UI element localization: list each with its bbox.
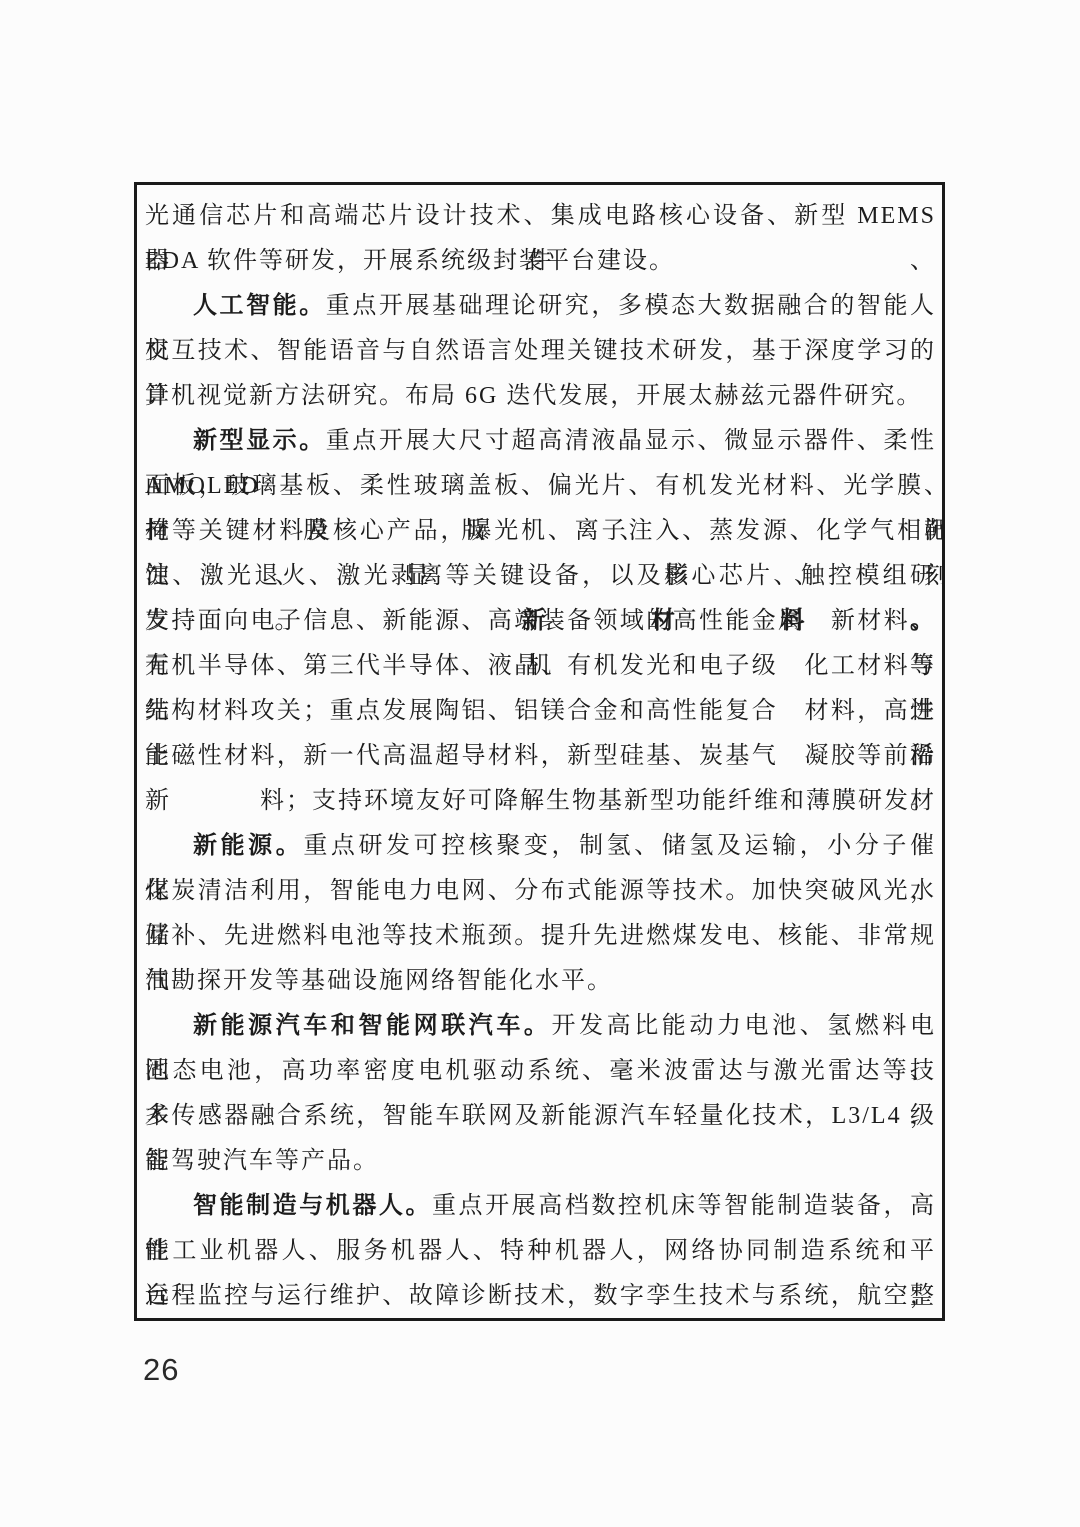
page-number: 26 bbox=[143, 1352, 179, 1388]
text-line: 人工智能。重点开展基础理论研究，多模态大数据融合的智能人机 bbox=[145, 284, 936, 329]
text-line: 固态电池，高功率密度电机驱动系统、毫米波雷达与激光雷达等技术， bbox=[145, 1049, 936, 1094]
text-line: 能工业机器人、服务机器人、特种机器人，网络协同制造系统和平台， bbox=[145, 1229, 936, 1274]
text-line: 远程监控与运行维护、故障诊断技术，数字孪生技术与系统，航空整机 bbox=[145, 1274, 936, 1319]
text-line: 结构材料攻关；重点发展陶铝、铝镁合金和高性能复合 材料，高性能稀 bbox=[145, 689, 936, 734]
text-line: 交互技术、智能语音与自然语言处理关键技术研发，基于深度学习的计 bbox=[145, 329, 936, 374]
text-line: 气勘探开发等基础设施网络智能化水平。 bbox=[145, 959, 936, 1004]
text-line: 新型显示。重点开展大尺寸超高清液晶显示、微显示器件、柔性 AMOLED bbox=[145, 419, 936, 464]
body-text-segment: 料；支持环境友好可降解生物基新型功能纤维和薄膜研发。 bbox=[260, 788, 936, 814]
text-line: 土磁性材料，新一代高温超导材料，新型硅基、炭基气 凝胶等前沿新材 bbox=[145, 734, 936, 779]
body-text-segment: 气勘探开发等基础设施网络智能化水平。 bbox=[145, 968, 613, 994]
text-line: 互补、先进燃料电池等技术瓶颈。提升先进燃煤发电、核能、非常规油 bbox=[145, 914, 936, 959]
document-border-box: 光通信芯片和高端芯片设计技术、集成电路核心设备、新型 MEMS 器件、EDA 软… bbox=[134, 182, 945, 1321]
section-heading-segment: 新能源。 bbox=[193, 833, 303, 859]
text-line: 支持面向电子信息、新能源、高端装备领域的高性能金属 新材料、有机与 bbox=[145, 599, 936, 644]
text-line: 能驾驶汽车等产品。 bbox=[145, 1139, 936, 1184]
text-line: 蚀、激光退火、激光剥离等关键设备，以及核心芯片、触控模组研发。 新材料。 bbox=[145, 554, 936, 599]
text-line: 新能源。重点研发可控核聚变，制氢、储氢及运输，小分子催化， bbox=[145, 824, 936, 869]
body-text-segment: 远程监控与运行维护、故障诊断技术，数字孪生技术与系统，航空整机 bbox=[145, 1283, 936, 1321]
section-heading-segment: 人工智能。 bbox=[193, 293, 326, 319]
text-line: 新能源汽车和智能网联汽车。开发高比能动力电池、氢燃料电池、 bbox=[145, 1004, 936, 1049]
section-heading-segment: 新能源汽车和智能网联汽车。 bbox=[193, 1013, 552, 1039]
text-line: 料；支持环境友好可降解生物基新型功能纤维和薄膜研发。 bbox=[145, 779, 936, 824]
body-text-segment: 算机视觉新方法研究。布局 6G 迭代发展，开展太赫兹元器件研究。 bbox=[145, 383, 922, 409]
text-line: 材等关键材料及核心产品，曝光机、离子注入、蒸发源、化学气相沉淀、显 影、刻 bbox=[145, 509, 945, 554]
text-line: 面板，玻璃基板、柔性玻璃盖板、偏光片、有机发光材料、光学膜、掩膜版、 靶 bbox=[145, 464, 945, 509]
text-line: 智能制造与机器人。重点开展高档数控机床等智能制造装备，高性 bbox=[145, 1184, 936, 1229]
body-text-segment: EDA 软件等研发，开展系统级封装平台建设。 bbox=[145, 248, 675, 274]
body-text-segment: 能驾驶汽车等产品。 bbox=[145, 1148, 379, 1174]
text-line: 无机半导体、第三代半导体、液晶、有机发光和电子级 化工材料等先进 bbox=[145, 644, 936, 689]
text-line: 算机视觉新方法研究。布局 6G 迭代发展，开展太赫兹元器件研究。 bbox=[145, 374, 936, 419]
document-text: 光通信芯片和高端芯片设计技术、集成电路核心设备、新型 MEMS 器件、EDA 软… bbox=[145, 194, 936, 1319]
text-line: 光通信芯片和高端芯片设计技术、集成电路核心设备、新型 MEMS 器件、 bbox=[145, 194, 936, 239]
text-line: 多传感器融合系统，智能车联网及新能源汽车轻量化技术，L3/L4 级智 bbox=[145, 1094, 936, 1139]
section-heading-segment: 智能制造与机器人。 bbox=[193, 1193, 432, 1219]
text-line: 煤炭清洁利用，智能电力电网、分布式能源等技术。加快突破风光水储 bbox=[145, 869, 936, 914]
section-heading-segment: 新型显示。 bbox=[193, 428, 326, 454]
